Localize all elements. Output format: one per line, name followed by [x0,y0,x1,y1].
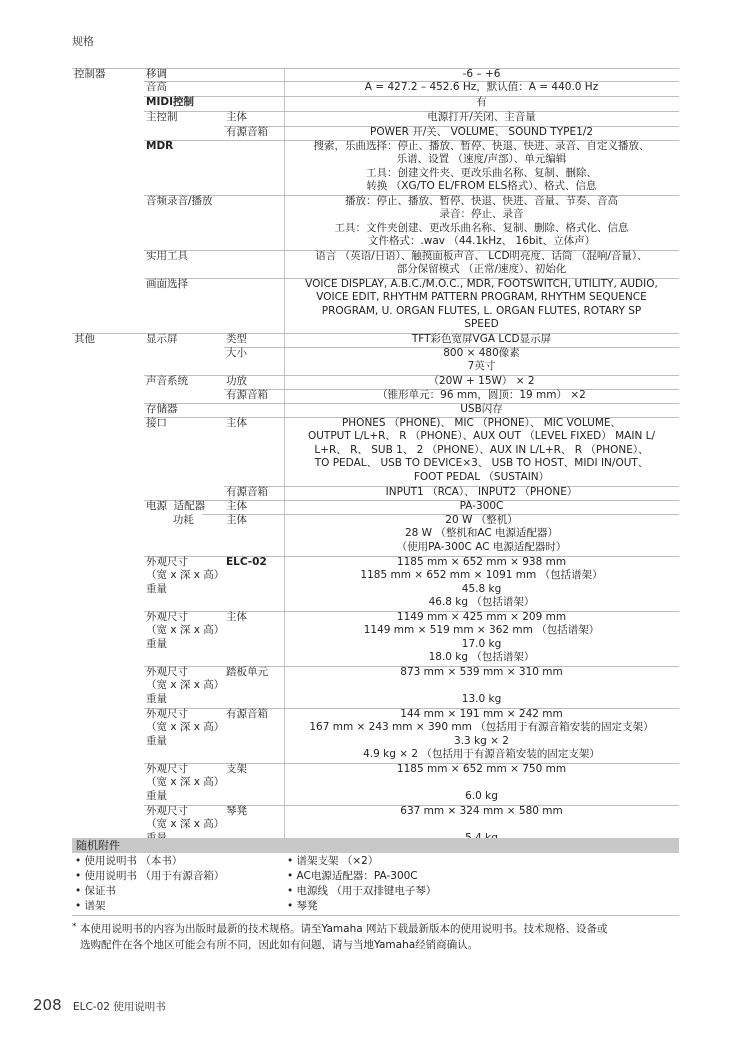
subitem-label: ELC-02 [226,556,267,569]
spec-value-line: -6 – +6 [284,68,679,81]
spec-value-line: TO PEDAL、 USB TO DEVICE×3、 USB TO HOST、M… [284,457,679,470]
spec-value: 语言 （英语/日语）、触摸面板声音、 LCD明亮度、话筒 （混响/音量）、部分保… [284,250,679,277]
table-row: 电源 适配器主体PA-300C [72,500,679,514]
item-label: MDR [146,140,173,153]
item-label: 存储器 [146,403,178,416]
subitem-label: 支架 [226,763,247,776]
spec-value: 1185 mm × 652 mm × 750 mm6.0 kg [284,763,679,803]
subitem-label: 类型 [226,333,247,346]
item-label: 接口 [146,417,167,430]
list-item: • 谱架支架 （×2） [287,854,436,869]
spec-value-line: 800 × 480像素 [284,347,679,360]
spec-value-line: 1149 mm × 425 mm × 209 mm [284,611,679,624]
table-row: 功耗主体20 W （整机）28 W （整机和AC 电源适配器）（使用PA-300… [72,514,679,556]
spec-value-line: 46.8 kg （包括谱架） [284,596,679,609]
spec-value-line: 6.0 kg [284,790,679,803]
table-row: 音高A = 427.2 – 452.6 Hz，默认值：A = 440.0 Hz [72,81,679,96]
spec-value: （20W + 15W） × 2 [284,375,679,388]
spec-value-line: （锥形单元：96 mm，圆顶：19 mm） ×2 [284,389,679,402]
subitem-label: 有源音箱 [226,486,268,499]
table-row: 声音系统功放（20W + 15W） × 2 [72,375,679,389]
spec-value-line: 45.8 kg [284,583,679,596]
spec-value-line: 乐谱、设置 （速度/声部）、单元编辑 [284,153,679,166]
list-item: • 电源线 （用于双排键电子琴） [287,884,436,899]
subitem-label: 大小 [226,347,247,360]
spec-value: POWER 开/关、 VOLUME、 SOUND TYPE1/2 [284,126,679,139]
table-row: 外观尺寸 （宽 x 深 x 高） 重量支架1185 mm × 652 mm × … [72,763,679,805]
spec-value-line: 3.3 kg × 2 [284,735,679,748]
spec-value: USB闪存 [284,403,679,416]
item-label: MIDI控制 [146,96,194,109]
footer-title: ELC-02 使用说明书 [73,1001,166,1013]
table-row: 有源音箱INPUT1 （RCA）、 INPUT2 （PHONE） [72,486,679,500]
table-row: MDR搜索，乐曲选择：停止、播放、暂停、快退、快进、录音、自定义播放、乐谱、设置… [72,140,679,195]
subitem-label: 踏板单元 [226,666,268,679]
spec-value: PHONES （PHONE)、 MIC （PHONE）、 MIC VOLUME、… [284,417,679,484]
item-label: 显示屏 [146,333,178,346]
spec-value: -6 – +6 [284,68,679,81]
table-row: MIDI控制有 [72,96,679,111]
spec-value-line [284,818,679,831]
subitem-label: 主体 [226,417,247,430]
footnote-marker: * [72,920,77,936]
accessories-right-list: • 谱架支架 （×2） • AC电源适配器：PA-300C • 电源线 （用于双… [287,854,436,914]
spec-value-line: 28 W （整机和AC 电源适配器） [284,527,679,540]
list-item: • 琴凳 [287,899,436,914]
spec-value: 1149 mm × 425 mm × 209 mm1149 mm × 519 m… [284,611,679,665]
spec-value-line: （20W + 15W） × 2 [284,375,679,388]
table-row: 大小800 × 480像素7英寸 [72,347,679,375]
spec-value-line: 1185 mm × 652 mm × 938 mm [284,556,679,569]
category-label: 其他 [74,333,95,346]
item-label: 画面选择 [146,278,188,291]
spec-value: PA-300C [284,500,679,513]
table-row: 控制器移调-6 – +6 [72,68,679,81]
spec-value: 电源打开/关闭、主音量 [284,111,679,124]
table-row: 画面选择VOICE DISPLAY, A.B.C./M.O.C., MDR, F… [72,278,679,333]
spec-value: 搜索，乐曲选择：停止、播放、暂停、快退、快进、录音、自定义播放、乐谱、设置 （速… [284,140,679,194]
spec-value-line: 转换 （XG/TO EL/FROM ELS格式）、格式、信息 [284,180,679,193]
spec-value-line: 有 [284,96,679,109]
spec-value: TFT彩色宽屏VGA LCD显示屏 [284,333,679,346]
item-label: 音频录音/播放 [146,195,213,208]
table-row: 外观尺寸 （宽 x 深 x 高） 重量ELC-021185 mm × 652 m… [72,556,679,611]
page-number: 208 [33,996,62,1014]
subitem-label: 功放 [226,375,247,388]
item-label: 外观尺寸 （宽 x 深 x 高） 重量 [146,666,224,706]
table-row: 接口主体PHONES （PHONE)、 MIC （PHONE）、 MIC VOL… [72,417,679,486]
spec-value-line: SPEED [284,318,679,331]
spec-value-line: PA-300C [284,500,679,513]
spec-value-line: 工具：文件夹创建、更改乐曲名称、复制、删除、格式化、信息 [284,222,679,235]
spec-value-line [284,776,679,789]
list-item: • 谱架 [75,899,224,914]
spec-value: VOICE DISPLAY, A.B.C./M.O.C., MDR, FOOTS… [284,278,679,332]
spec-value-line: VOICE DISPLAY, A.B.C./M.O.C., MDR, FOOTS… [284,278,679,291]
spec-value-line: OUTPUT L/L+R、 R （PHONE）、AUX OUT （LEVEL F… [284,430,679,443]
spec-value-line: 7英寸 [284,360,679,373]
table-row: 外观尺寸 （宽 x 深 x 高） 重量主体1149 mm × 425 mm × … [72,611,679,666]
spec-value-line: 录音：停止、录音 [284,208,679,221]
spec-value-line: VOICE EDIT, RHYTHM PATTERN PROGRAM, RHYT… [284,291,679,304]
spec-value-line: 873 mm × 539 mm × 310 mm [284,666,679,679]
spec-value-line: 4.9 kg × 2 （包括用于有源音箱安装的固定支架） [284,748,679,761]
spec-value: 144 mm × 191 mm × 242 mm167 mm × 243 mm … [284,708,679,762]
list-item: • 使用说明书 （用于有源音箱） [75,869,224,884]
spec-value-line: 文件格式：.wav （44.1kHz、 16bit、立体声） [284,235,679,248]
spec-value: 800 × 480像素7英寸 [284,347,679,374]
table-row: 有源音箱POWER 开/关、 VOLUME、 SOUND TYPE1/2 [72,126,679,140]
subitem-label: 主体 [226,611,247,624]
spec-value-line: 语言 （英语/日语）、触摸面板声音、 LCD明亮度、话筒 （混响/音量）、 [284,250,679,263]
table-row: 外观尺寸 （宽 x 深 x 高） 重量踏板单元873 mm × 539 mm ×… [72,666,679,708]
spec-value: 873 mm × 539 mm × 310 mm13.0 kg [284,666,679,706]
divider [72,915,679,916]
spec-value-line: FOOT PEDAL （SUSTAIN） [284,471,679,484]
item-label: 外观尺寸 （宽 x 深 x 高） 重量 [146,763,224,803]
item-label: 外观尺寸 （宽 x 深 x 高） 重量 [146,708,224,748]
spec-value-line: TFT彩色宽屏VGA LCD显示屏 [284,333,679,346]
spec-value-line: 1149 mm × 519 mm × 362 mm （包括谱架） [284,624,679,637]
spec-value: A = 427.2 – 452.6 Hz，默认值：A = 440.0 Hz [284,81,679,94]
table-row: 外观尺寸 （宽 x 深 x 高） 重量琴凳637 mm × 324 mm × 5… [72,805,679,838]
subitem-label: 有源音箱 [226,126,268,139]
subitem-label: 主体 [226,111,247,124]
item-label: 外观尺寸 （宽 x 深 x 高） 重量 [146,556,224,596]
spec-value-line: （使用PA-300C AC 电源适配器时） [284,541,679,554]
spec-value: 有 [284,96,679,109]
item-label: 移调 [146,68,167,81]
spec-value: 播放：停止、播放、暂停、快退、快进、音量、节奏、音高录音：停止、录音工具：文件夹… [284,195,679,249]
page-footer: 208 ELC-02 使用说明书 [33,996,166,1014]
spec-value-line: PROGRAM, U. ORGAN FLUTES, L. ORGAN FLUTE… [284,305,679,318]
list-item: • AC电源适配器：PA-300C [287,869,436,884]
spec-value: （锥形单元：96 mm，圆顶：19 mm） ×2 [284,389,679,402]
spec-value-line: 1185 mm × 652 mm × 1091 mm （包括谱架） [284,569,679,582]
spec-value-line: 17.0 kg [284,638,679,651]
table-row: 存储器USB闪存 [72,403,679,417]
subitem-label: 主体 [226,500,247,513]
spec-value-line: 167 mm × 243 mm × 390 mm （包括用于有源音箱安装的固定支… [284,721,679,734]
spec-value-line [284,679,679,692]
subitem-label: 主体 [226,514,247,527]
spec-value-line: 1185 mm × 652 mm × 750 mm [284,763,679,776]
spec-value-line: 637 mm × 324 mm × 580 mm [284,805,679,818]
item-label: 功耗 [146,514,194,527]
spec-value-line: 部分保留模式 （正常/速度）、初始化 [284,263,679,276]
spec-value-line: 搜索，乐曲选择：停止、播放、暂停、快退、快进、录音、自定义播放、 [284,140,679,153]
spec-value-line: L+R、 R、 SUB 1、 2 （PHONE）、AUX IN L/L+R、 R… [284,444,679,457]
list-item: • 保证书 [75,884,224,899]
subitem-label: 有源音箱 [226,389,268,402]
item-label: 外观尺寸 （宽 x 深 x 高） 重量 [146,611,224,651]
table-row: 其他显示屏类型TFT彩色宽屏VGA LCD显示屏 [72,333,679,347]
spec-value-line: PHONES （PHONE)、 MIC （PHONE）、 MIC VOLUME、 [284,417,679,430]
table-row: 有源音箱（锥形单元：96 mm，圆顶：19 mm） ×2 [72,389,679,403]
spec-value-line: A = 427.2 – 452.6 Hz，默认值：A = 440.0 Hz [284,81,679,94]
footnote-line-1: 本使用说明书的内容为出版时最新的技术规格。请至Yamaha 网站下载最新版本的使… [72,922,682,938]
item-label: 主控制 [146,111,178,124]
spec-value-line: 13.0 kg [284,693,679,706]
spec-value-line: 播放：停止、播放、暂停、快退、快进、音量、节奏、音高 [284,195,679,208]
spec-value: INPUT1 （RCA）、 INPUT2 （PHONE） [284,486,679,499]
spec-value-line: USB闪存 [284,403,679,416]
spec-value-line: 18.0 kg （包括谱架） [284,651,679,664]
subitem-label: 琴凳 [226,805,247,818]
accessories-heading: 随机附件 [72,838,679,853]
section-label: 规格 [72,33,94,49]
spec-value-line: 144 mm × 191 mm × 242 mm [284,708,679,721]
list-item: • 使用说明书 （本书） [75,854,224,869]
item-label: 实用工具 [146,250,188,263]
footnote: * 本使用说明书的内容为出版时最新的技术规格。请至Yamaha 网站下载最新版本… [72,922,682,953]
spec-value: 1185 mm × 652 mm × 938 mm1185 mm × 652 m… [284,556,679,610]
spec-value-line: INPUT1 （RCA）、 INPUT2 （PHONE） [284,486,679,499]
accessories-left-list: • 使用说明书 （本书） • 使用说明书 （用于有源音箱） • 保证书 • 谱架 [75,854,224,914]
spec-value-line: 20 W （整机） [284,514,679,527]
table-row: 主控制主体电源打开/关闭、主音量 [72,111,679,126]
table-row: 音频录音/播放播放：停止、播放、暂停、快退、快进、音量、节奏、音高录音：停止、录… [72,195,679,250]
item-label: 电源 适配器 [146,500,205,513]
footnote-line-2: 选购配件在各个地区可能会有所不同，因此如有问题，请与当地Yamaha经销商确认。 [72,938,682,954]
subitem-label: 有源音箱 [226,708,268,721]
category-label: 控制器 [74,68,106,81]
spec-value: 20 W （整机）28 W （整机和AC 电源适配器）（使用PA-300C AC… [284,514,679,554]
spec-value-line: 工具：创建文件夹、更改乐曲名称、复制、删除、 [284,167,679,180]
item-label: 声音系统 [146,375,188,388]
table-row: 实用工具语言 （英语/日语）、触摸面板声音、 LCD明亮度、话筒 （混响/音量）… [72,250,679,278]
item-label: 音高 [146,81,167,94]
spec-value-line: 电源打开/关闭、主音量 [284,111,679,124]
spec-value-line: POWER 开/关、 VOLUME、 SOUND TYPE1/2 [284,126,679,139]
table-row: 外观尺寸 （宽 x 深 x 高） 重量有源音箱144 mm × 191 mm ×… [72,708,679,763]
